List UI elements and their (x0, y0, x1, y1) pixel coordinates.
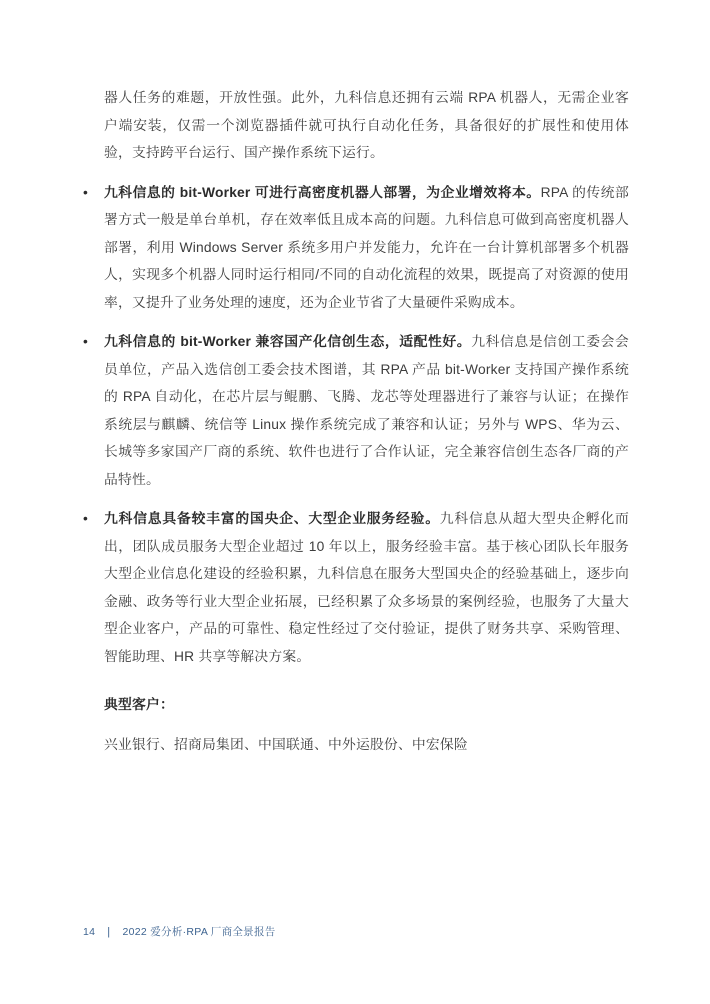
page-number: 14 (83, 925, 95, 939)
page-content: 器人任务的难题，开放性强。此外，九科信息还拥有云端 RPA 机器人，无需企业客户… (104, 84, 629, 758)
bullet-body: 九科信息从超大型央企孵化而出，团队成员服务大型企业超过 10 年以上，服务经验丰… (104, 511, 629, 664)
bullet-text: 九科信息的 bit-Worker 可进行高密度机器人部署，为企业增效将本。RPA… (104, 179, 629, 317)
key-points-list: • 九科信息的 bit-Worker 可进行高密度机器人部署，为企业增效将本。R… (104, 179, 629, 671)
bullet-lead: 九科信息的 bit-Worker 可进行高密度机器人部署，为企业增效将本。 (104, 185, 541, 200)
clients-heading: 典型客户： (104, 691, 629, 719)
footer-separator: | (107, 925, 110, 939)
report-title: 2022 爱分析·RPA 厂商全景报告 (122, 925, 275, 939)
bullet-item-high-density-deployment: • 九科信息的 bit-Worker 可进行高密度机器人部署，为企业增效将本。R… (104, 179, 629, 317)
bullet-lead: 九科信息具备较丰富的国央企、大型企业服务经验。 (104, 511, 440, 526)
bullet-body: RPA 的传统部署方式一般是单台单机，存在效率低且成本高的问题。九科信息可做到高… (104, 185, 629, 310)
bullet-marker-icon: • (83, 179, 88, 207)
clients-list: 兴业银行、招商局集团、中国联通、中外运股份、中宏保险 (104, 731, 629, 759)
bullet-text: 九科信息具备较丰富的国央企、大型企业服务经验。九科信息从超大型央企孵化而出，团队… (104, 505, 629, 670)
report-page: 器人任务的难题，开放性强。此外，九科信息还拥有云端 RPA 机器人，无需企业客户… (0, 0, 710, 1004)
bullet-lead: 九科信息的 bit-Worker 兼容国产化信创生态，适配性好。 (104, 334, 471, 349)
bullet-marker-icon: • (83, 505, 88, 533)
bullet-text: 九科信息的 bit-Worker 兼容国产化信创生态，适配性好。九科信息是信创工… (104, 328, 629, 493)
bullet-item-xinchuang-compatibility: • 九科信息的 bit-Worker 兼容国产化信创生态，适配性好。九科信息是信… (104, 328, 629, 493)
intro-paragraph: 器人任务的难题，开放性强。此外，九科信息还拥有云端 RPA 机器人，无需企业客户… (104, 84, 629, 167)
bullet-item-enterprise-experience: • 九科信息具备较丰富的国央企、大型企业服务经验。九科信息从超大型央企孵化而出，… (104, 505, 629, 670)
page-footer: 14 | 2022 爱分析·RPA 厂商全景报告 (83, 925, 276, 939)
bullet-body: 九科信息是信创工委会会员单位，产品入选信创工委会技术图谱，其 RPA 产品 bi… (104, 334, 629, 487)
bullet-marker-icon: • (83, 328, 88, 356)
